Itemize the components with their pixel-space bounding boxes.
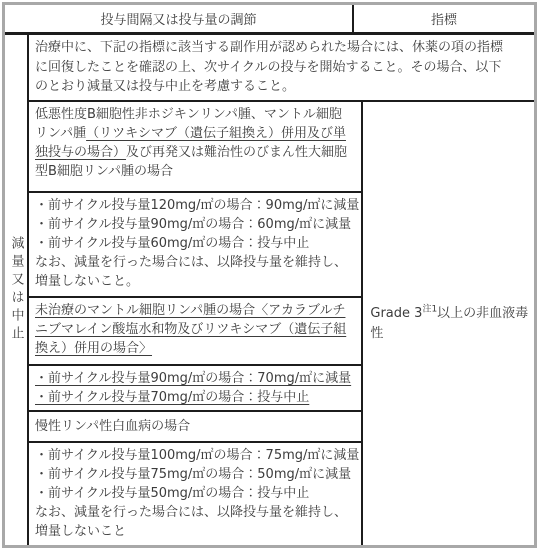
dose-rules-1-cell: ・前サイクル投与量120mg/㎡の場合：90mg/㎡に減量 ・前サイクル投与量9…	[29, 193, 361, 298]
dose-rules-3-cell: ・前サイクル投与量100mg/㎡の場合：75mg/㎡に減量 ・前サイクル投与量7…	[29, 443, 361, 545]
dose-rule-line: ・前サイクル投与量60mg/㎡の場合：投与中止	[35, 234, 359, 253]
indicator-grade-text: Grade 3	[370, 306, 422, 321]
dose-rule-line: ・前サイクル投与量50mg/㎡の場合：投与中止	[35, 484, 359, 503]
dose-rule-line: ・前サイクル投与量75mg/㎡の場合：50mg/㎡に減量	[35, 465, 359, 484]
indication-3-title-cell: 慢性リンパ性白血病の場合	[29, 412, 361, 443]
dose-rules-2-cell: ・前サイクル投与量90mg/㎡の場合：70mg/㎡に減量 ・前サイクル投与量70…	[29, 366, 361, 412]
dose-rule-line: ・前サイクル投与量90mg/㎡の場合：60mg/㎡に減量	[35, 215, 359, 234]
intro-cell: 治療中に、下記の指標に該当する副作用が認められた場合には、休薬の項の指標に回復し…	[29, 35, 534, 102]
dose-rule-line: ・前サイクル投与量70mg/㎡の場合：投与中止	[35, 388, 359, 407]
dose-rule-line: ・前サイクル投与量90mg/㎡の場合：70mg/㎡に減量	[35, 369, 359, 388]
dose-adjustment-table: 投与間隔又は投与量の調節 指標 減量又は中止 治療中に、下記の指標に該当する副作…	[2, 2, 537, 548]
table-body: 減量又は中止 治療中に、下記の指標に該当する副作用が認められた場合には、休薬の項…	[5, 35, 534, 545]
dose-rule-note: なお、減量を行った場合には、以降投与量を維持し、増量しないこと。	[35, 253, 359, 291]
header-cell-dose-adjustment: 投与間隔又は投与量の調節	[5, 5, 354, 32]
indication-1-title-cell: 低悪性度B細胞性非ホジキンリンパ腫、マントル細胞リンパ腫（リツキシマブ（遺伝子組…	[29, 102, 361, 193]
indication-2-title-text: 未治療のマントル細胞リンパ腫の場合〈アカラブルチニブマレイン酸塩水和物及びリツキ…	[35, 303, 346, 356]
document-page: 投与間隔又は投与量の調節 指標 減量又は中止 治療中に、下記の指標に該当する副作…	[0, 0, 539, 550]
table-main-area: 治療中に、下記の指標に該当する副作用が認められた場合には、休薬の項の指標に回復し…	[29, 35, 534, 545]
adjustment-column: 低悪性度B細胞性非ホジキンリンパ腫、マントル細胞リンパ腫（リツキシマブ（遺伝子組…	[29, 102, 363, 545]
dose-rule-line: ・前サイクル投与量120mg/㎡の場合：90mg/㎡に減量	[35, 196, 359, 215]
lower-rows: 低悪性度B細胞性非ホジキンリンパ腫、マントル細胞リンパ腫（リツキシマブ（遺伝子組…	[29, 102, 534, 545]
dose-rule-line: ・前サイクル投与量100mg/㎡の場合：75mg/㎡に減量	[35, 446, 359, 465]
indication-2-title-cell: 未治療のマントル細胞リンパ腫の場合〈アカラブルチニブマレイン酸塩水和物及びリツキ…	[29, 298, 361, 366]
indicator-cell: Grade 3注1以上の非血液毒性	[363, 102, 534, 545]
reduce-or-stop-vertical-text: 減量又は中止	[10, 236, 23, 344]
dose-rule-note: なお、減量を行った場合には、以降投与量を維持し、増量しないこと	[35, 503, 359, 541]
header-cell-indicator: 指標	[354, 5, 534, 32]
footnote-ref: 注1	[422, 304, 437, 314]
row-label-reduce-or-stop: 減量又は中止	[5, 35, 29, 545]
indicator-text: Grade 3注1以上の非血液毒性	[370, 304, 530, 344]
table-header-row: 投与間隔又は投与量の調節 指標	[5, 5, 534, 35]
